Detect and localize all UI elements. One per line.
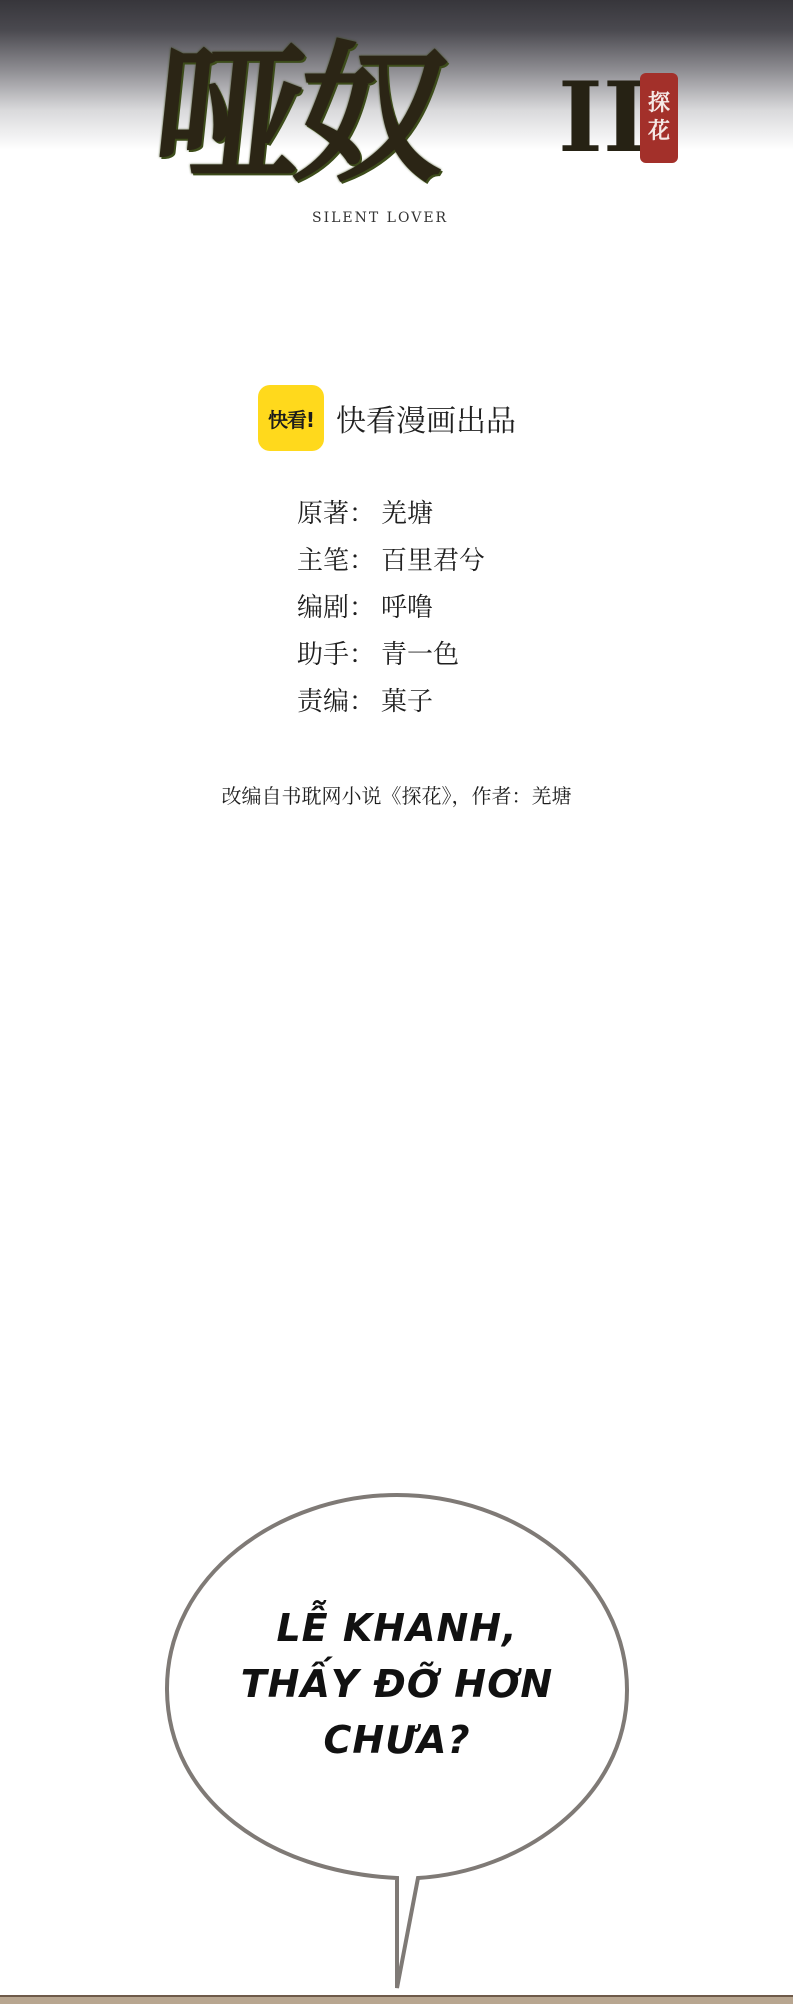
credit-name: 百里君兮 <box>381 546 485 576</box>
credit-row: 原著：羌塘 <box>297 495 485 542</box>
bubble-line: LỄ KHANH, <box>167 1600 627 1656</box>
credit-separator: ： <box>349 546 375 576</box>
title-volume-numeral: II <box>558 70 648 166</box>
speech-bubble-text: LỄ KHANH, THẤY ĐỠ HƠN CHƯA? <box>167 1600 627 1768</box>
credit-row: 主笔：百里君兮 <box>297 542 485 589</box>
kuaikan-logo-icon: 快看! <box>258 385 324 451</box>
publisher-label: 快看漫画出品 <box>336 396 516 440</box>
credit-role: 原著 <box>297 499 349 529</box>
red-seal-stamp: 探 花 <box>640 73 678 163</box>
credit-separator: ： <box>349 640 375 670</box>
credit-name: 菓子 <box>381 687 433 717</box>
credit-separator: ： <box>349 499 375 529</box>
seal-char: 花 <box>648 118 670 146</box>
credit-separator: ： <box>349 687 375 717</box>
credit-role: 编剧 <box>297 593 349 623</box>
bubble-line: CHƯA? <box>167 1712 627 1768</box>
bubble-line: THẤY ĐỠ HƠN <box>167 1656 627 1712</box>
title-english: SILENT LOVER <box>312 210 512 226</box>
credit-name: 羌塘 <box>381 499 433 529</box>
seal-char: 探 <box>648 90 670 118</box>
next-panel-edge <box>0 1995 793 2004</box>
credit-role: 助手 <box>297 640 349 670</box>
credit-name: 呼噜 <box>381 593 433 623</box>
publisher-credit: 快看! 快看漫画出品 <box>258 385 516 451</box>
credit-row: 编剧：呼噜 <box>297 589 485 636</box>
credit-role: 主笔 <box>297 546 349 576</box>
credit-name: 青一色 <box>381 640 459 670</box>
credit-row: 助手：青一色 <box>297 636 485 683</box>
credit-separator: ： <box>349 593 375 623</box>
credits-list: 原著：羌塘 主笔：百里君兮 编剧：呼噜 助手：青一色 责编：菓子 <box>297 495 485 730</box>
credit-role: 责编 <box>297 687 349 717</box>
source-novel-note: 改编自书耽网小说《探花》，作者：羌塘 <box>0 780 793 809</box>
comic-title-logo: 哑奴 II 探 花 SILENT LOVER <box>0 0 793 240</box>
credit-row: 责编：菓子 <box>297 683 485 730</box>
title-chinese: 哑奴 <box>146 28 448 203</box>
